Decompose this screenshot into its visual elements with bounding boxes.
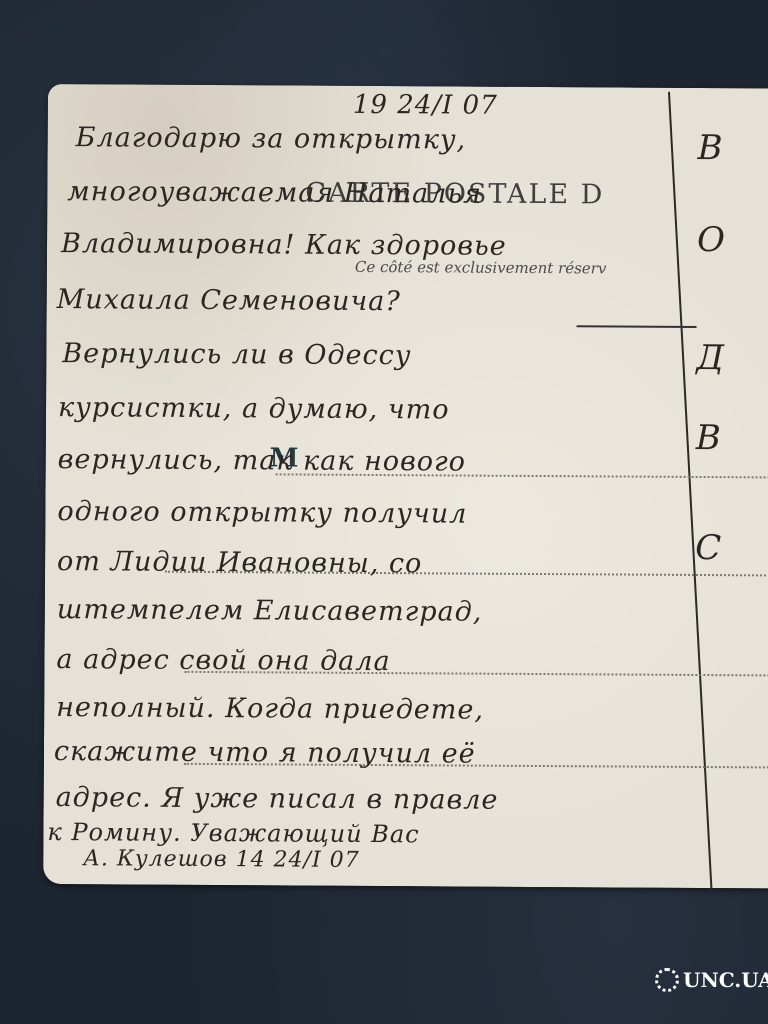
message-line: одного открытку получил xyxy=(57,496,467,530)
message-line: Михаила Семеновича? xyxy=(57,284,401,317)
message-line: адрес. Я уже писал в правле xyxy=(56,782,499,816)
short-horizontal-line xyxy=(577,325,697,328)
message-line: многоуважаемая Наталья xyxy=(67,176,482,210)
watermark: UNC.UA xyxy=(655,968,768,992)
message-line: Благодарю за открытку, xyxy=(76,122,467,155)
message-line: неполный. Когда приедете, xyxy=(56,692,484,726)
message-line: Вернулись ли в Одессу xyxy=(62,338,411,371)
message-line: скажите что я получил её xyxy=(54,736,476,770)
address-fragment: В xyxy=(696,418,722,458)
message-line: от Лидии Ивановны, со xyxy=(57,546,422,579)
message-line: к Ромину. Уважающий Вас xyxy=(47,818,419,848)
watermark-text: UNC.UA xyxy=(683,968,768,992)
message-line: вернулись, так как нового xyxy=(58,444,466,477)
message-line: Владимировна! Как здоровье xyxy=(61,228,507,262)
address-fragment: О xyxy=(697,220,726,260)
message-line: а адрес свой она дала xyxy=(56,644,390,677)
message-line: курсистки, а думаю, что xyxy=(58,392,450,425)
address-fragment: С xyxy=(695,528,722,568)
address-fragment: Д xyxy=(696,338,725,378)
handwritten-date-top: 19 24/I 07 xyxy=(353,90,498,121)
sunburst-icon xyxy=(655,968,679,992)
message-line: штемпелем Елисаветград, xyxy=(57,594,483,628)
postcard: CARTE POSTALE D Ce côté est exclusivemen… xyxy=(43,84,768,889)
address-fragment: В xyxy=(697,128,723,168)
vertical-divider-line xyxy=(668,92,712,891)
signature-and-date: А. Кулешов 14 24/I 07 xyxy=(83,846,360,873)
